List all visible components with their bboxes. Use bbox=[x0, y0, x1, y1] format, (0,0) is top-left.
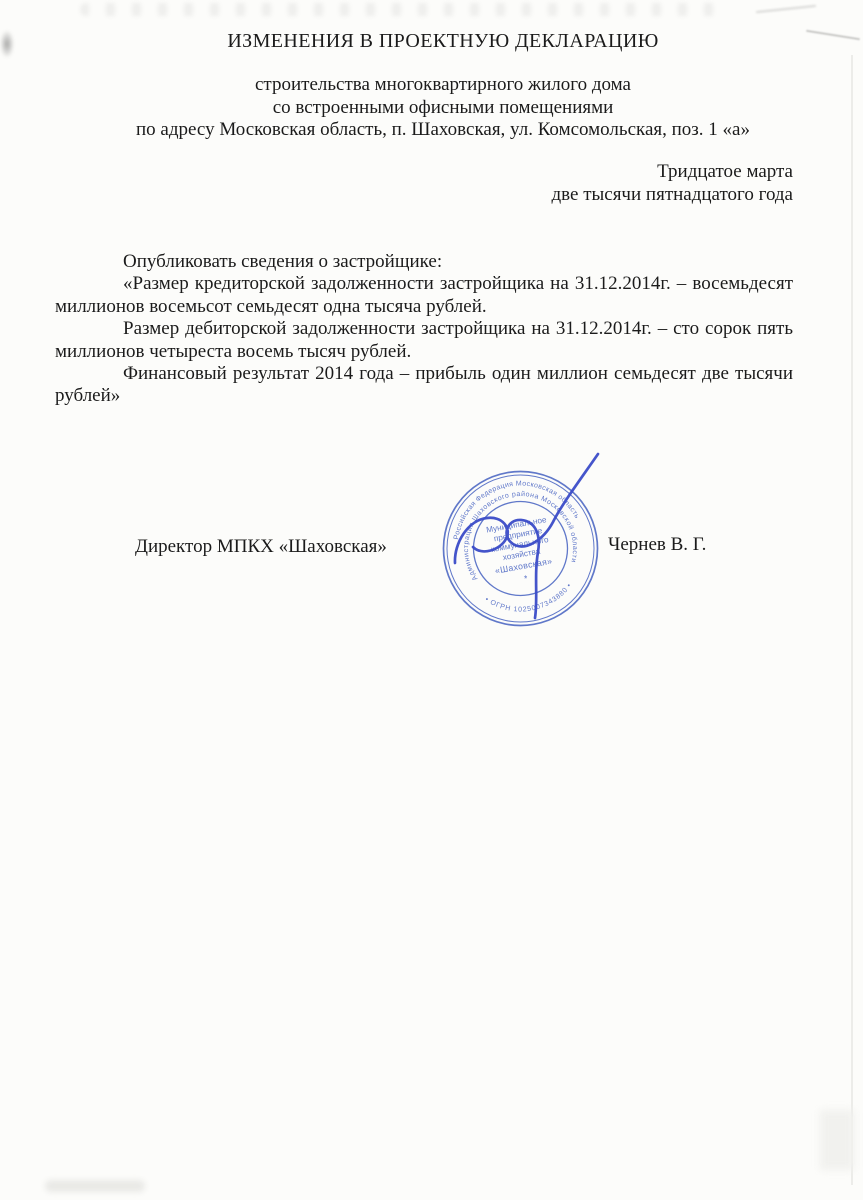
date-line: две тысячи пятнадцатого года bbox=[551, 183, 793, 206]
scan-artifact-right-edge bbox=[851, 55, 853, 1185]
document-title: ИЗМЕНЕНИЯ В ПРОЕКТНУЮ ДЕКЛАРАЦИЮ bbox=[23, 30, 863, 53]
document-body: Опубликовать сведения о застройщике: «Ра… bbox=[55, 251, 793, 408]
signature-position-label: Директор МПКХ «Шаховская» bbox=[135, 536, 387, 558]
scan-artifact-left-speck bbox=[0, 30, 14, 58]
date-line: Тридцатое марта bbox=[551, 160, 793, 183]
scan-artifact-corner-shadow bbox=[820, 1110, 854, 1170]
body-paragraph: Финансовый результат 2014 года – прибыль… bbox=[55, 363, 793, 408]
scan-artifact-bottom-smudge bbox=[45, 1180, 145, 1192]
body-paragraph: Размер дебиторской задолженности застрой… bbox=[55, 318, 793, 363]
body-paragraph: Опубликовать сведения о застройщике: bbox=[55, 251, 793, 273]
scanned-page: ИЗМЕНЕНИЯ В ПРОЕКТНУЮ ДЕКЛАРАЦИЮ строите… bbox=[0, 0, 863, 1200]
body-paragraph: «Размер кредиторской задолженности застр… bbox=[55, 273, 793, 318]
scan-artifact-top-smudge bbox=[80, 3, 720, 16]
signature-loop-stroke bbox=[455, 518, 508, 563]
document-date: Тридцатое марта две тысячи пятнадцатого … bbox=[551, 160, 793, 206]
subtitle-line: строительства многоквартирного жилого до… bbox=[23, 74, 863, 97]
handwritten-signature bbox=[430, 440, 615, 630]
document-subtitle: строительства многоквартирного жилого до… bbox=[23, 74, 863, 142]
subtitle-line: по адресу Московская область, п. Шаховск… bbox=[23, 119, 863, 142]
subtitle-line: со встроенными офисными помещениями bbox=[23, 97, 863, 120]
signature-main-stroke bbox=[507, 454, 598, 618]
scan-artifact-squiggle bbox=[756, 5, 816, 13]
signatory-name: Чернев В. Г. bbox=[608, 534, 706, 556]
